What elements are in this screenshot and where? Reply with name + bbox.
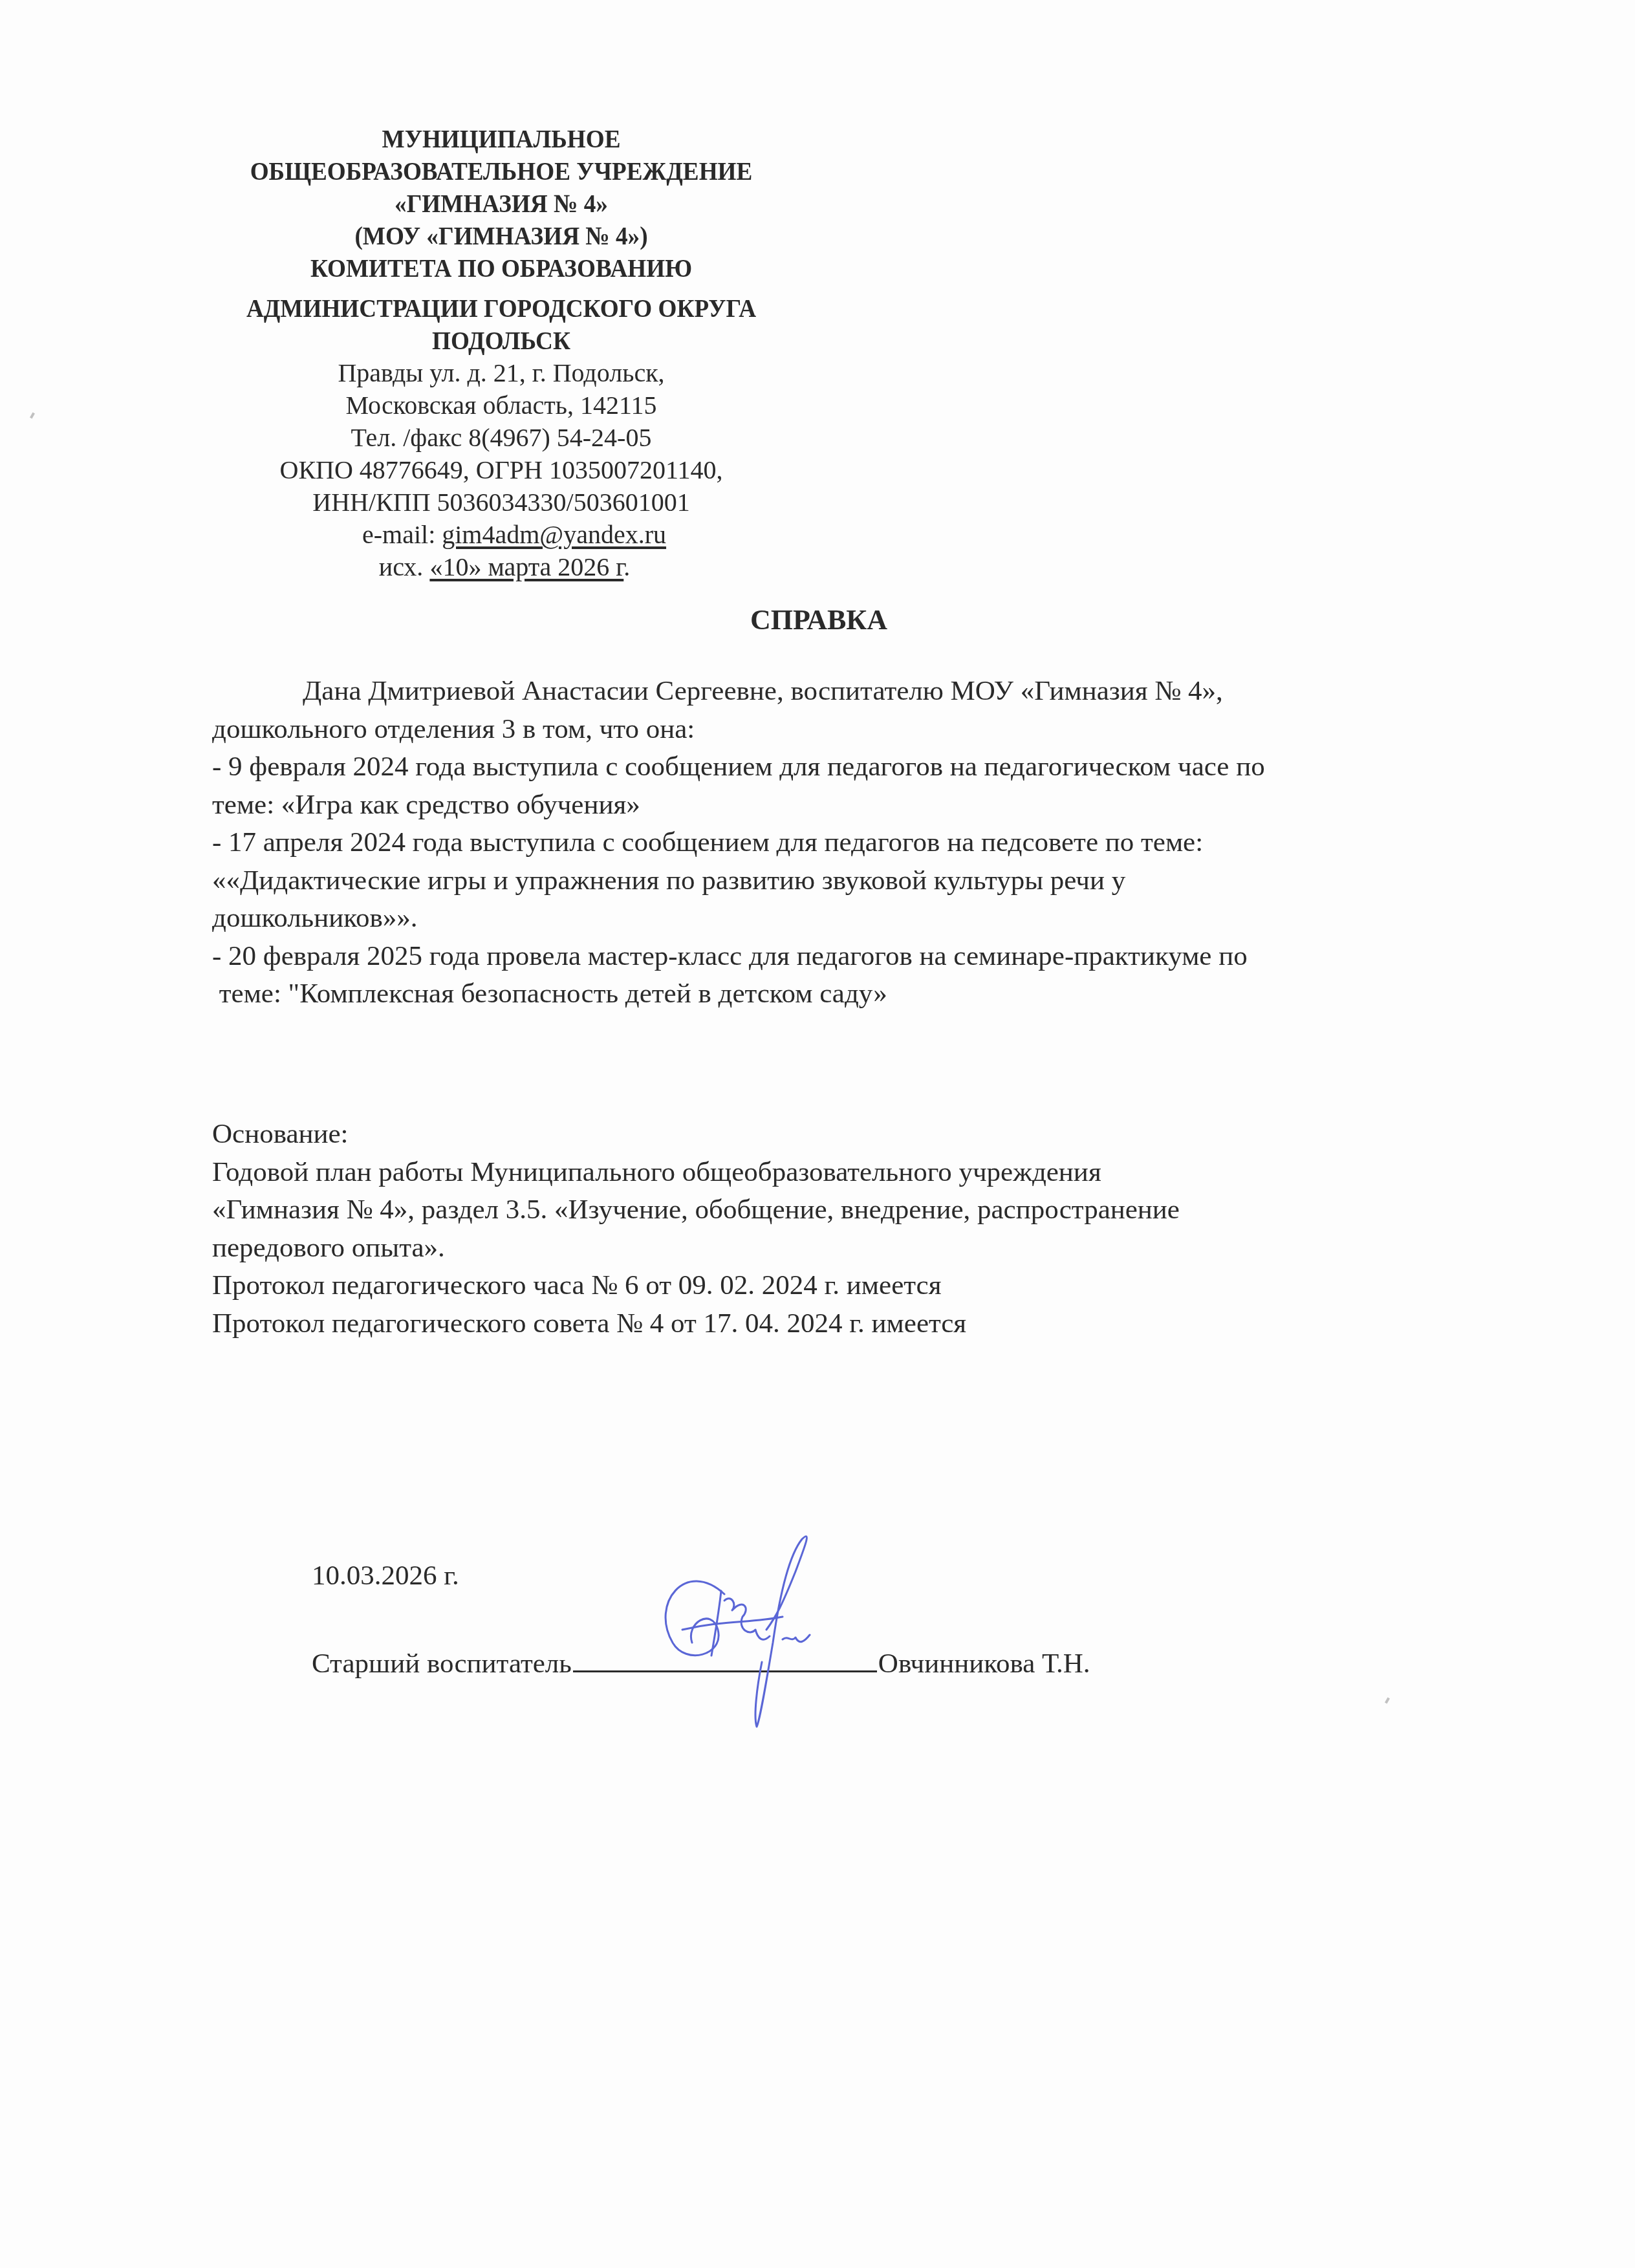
basis-line: Протокол педагогического часа № 6 от 09.…	[212, 1267, 1473, 1305]
admin-line-2: ПОДОЛЬСК	[215, 325, 787, 357]
body-line: теме: "Комплексная безопасность детей в …	[212, 975, 1473, 1013]
basis-line: Годовой план работы Муниципального общео…	[212, 1154, 1473, 1192]
document-page: МУНИЦИПАЛЬНОЕ ОБЩЕОБРАЗОВАТЕЛЬНОЕ УЧРЕЖД…	[0, 0, 1635, 2268]
basis-line: Протокол педагогического совета № 4 от 1…	[212, 1305, 1473, 1343]
org-name-line-3: «ГИМНАЗИЯ № 4»	[215, 188, 787, 220]
body-line: - 20 февраля 2025 года провела мастер-кл…	[212, 938, 1473, 976]
signer-name: Овчинникова Т.Н.	[878, 1648, 1090, 1679]
outgoing-label: исх.	[379, 552, 430, 581]
org-name-line-4: (МОУ «ГИМНАЗИЯ № 4»)	[215, 220, 787, 252]
scan-speck	[30, 413, 35, 419]
org-name-line-2: ОБЩЕОБРАЗОВАТЕЛЬНОЕ УЧРЕЖДЕНИЕ	[215, 155, 787, 188]
signature-line: Старший воспитательОвчинникова Т.Н.	[312, 1645, 1090, 1681]
letterhead-gap	[194, 285, 808, 292]
body-line: - 9 февраля 2024 года выступила с сообще…	[212, 748, 1473, 786]
body-line: теме: «Игра как средство обучения»	[212, 786, 1473, 825]
body-line: ««Дидактические игры и упражнения по раз…	[212, 862, 1473, 900]
email-row: e-mail: gim4adm@yandex.ru	[194, 519, 808, 551]
document-title: СПРАВКА	[750, 603, 887, 638]
admin-line-1: АДМИНИСТРАЦИИ ГОРОДСКОГО ОКРУГА	[215, 292, 787, 325]
signature-date: 10.03.2026 г.	[312, 1559, 459, 1593]
body-line: Дана Дмитриевой Анастасии Сергеевне, вос…	[212, 673, 1473, 711]
basis-section: Основание: Годовой план работы Муниципал…	[212, 1116, 1473, 1343]
outgoing-row: исх. «10» марта 2026 г.	[194, 551, 808, 583]
org-name-line-5: КОМИТЕТА ПО ОБРАЗОВАНИЮ	[215, 252, 787, 285]
basis-label: Основание:	[212, 1116, 1473, 1154]
body-line: дошкольников»».	[212, 900, 1473, 938]
address-line-2: Московская область, 142115	[194, 389, 808, 422]
registration-codes-2: ИНН/КПП 5036034330/503601001	[194, 486, 808, 519]
outgoing-suffix: .	[623, 552, 630, 581]
letterhead: МУНИЦИПАЛЬНОЕ ОБЩЕОБРАЗОВАТЕЛЬНОЕ УЧРЕЖД…	[194, 123, 808, 583]
basis-line: «Гимназия № 4», раздел 3.5. «Изучение, о…	[212, 1191, 1473, 1229]
email-label: e-mail:	[362, 520, 442, 549]
document-body: Дана Дмитриевой Анастасии Сергеевне, вос…	[212, 673, 1473, 1013]
scan-speck	[1385, 1698, 1390, 1704]
body-line: дошкольного отделения 3 в том, что она:	[212, 711, 1473, 749]
body-line: - 17 апреля 2024 года выступила с сообще…	[212, 824, 1473, 862]
basis-line: передового опыта».	[212, 1229, 1473, 1268]
org-name-line-1: МУНИЦИПАЛЬНОЕ	[215, 123, 787, 155]
phone-fax: Тел. /факс 8(4967) 54-24-05	[194, 422, 808, 454]
signer-position: Старший воспитатель	[312, 1648, 572, 1679]
signature-underline	[573, 1645, 877, 1672]
registration-codes-1: ОКПО 48776649, ОГРН 1035007201140,	[194, 454, 808, 486]
outgoing-date: «10» марта 2026 г	[429, 552, 623, 581]
address-line-1: Правды ул. д. 21, г. Подольск,	[194, 357, 808, 389]
handwritten-signature-icon	[647, 1533, 880, 1746]
email-link[interactable]: gim4adm@yandex.ru	[442, 520, 666, 549]
